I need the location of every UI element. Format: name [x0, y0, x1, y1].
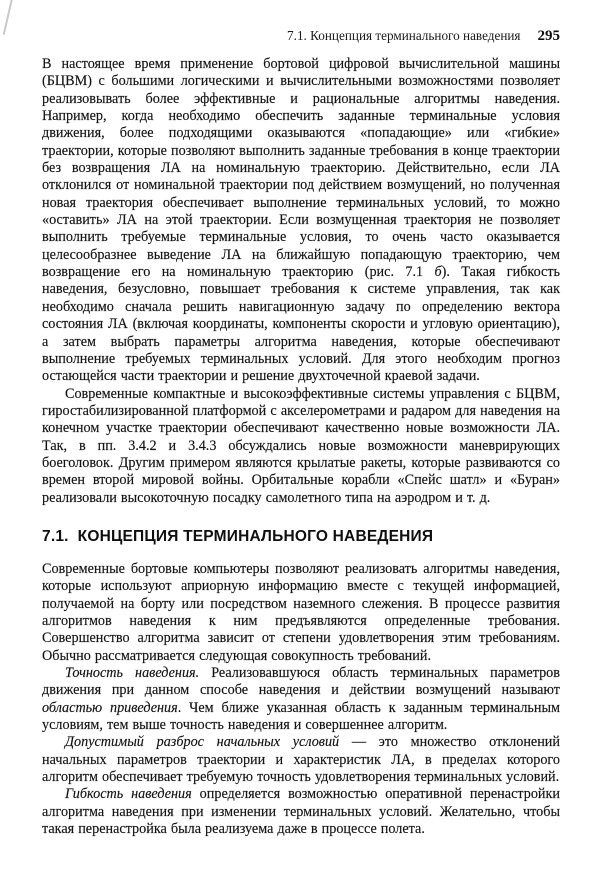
paragraph-intro: В настоящее время применение бортовой ци…	[42, 56, 560, 386]
term-emphasis: областью приведения	[42, 700, 178, 716]
figure-reference-label: б	[435, 264, 442, 280]
section-number: 7.1.	[42, 528, 69, 545]
paragraph-guidance-flexibility: Гибкость наведения определяется возможно…	[42, 786, 560, 838]
paragraph-initial-conditions: Допустимый разброс начальных условий — э…	[42, 734, 560, 786]
paragraph-guidance-accuracy: Точность наведения. Реализовавшуюся обла…	[42, 665, 560, 734]
section-heading: 7.1.КОНЦЕПЦИЯ ТЕРМИНАЛЬНОГО НАВЕДЕНИЯ	[42, 528, 560, 546]
page-number: 295	[538, 28, 561, 44]
paragraph-intro-text-cont: ). Такая гибкость наведения, безусловно,…	[42, 264, 560, 384]
paragraph-onboard-computers: Современные бортовые компьютеры позволяю…	[42, 561, 560, 665]
term-flexibility-lead: Гибкость наведения	[65, 786, 192, 802]
running-head: 7.1. Концепция терминального наведения 2…	[42, 27, 560, 45]
running-title: 7.1. Концепция терминального наведения	[287, 28, 520, 43]
book-page: 7.1. Концепция терминального наведения 2…	[0, 0, 600, 889]
scan-edge-artifact	[3, 0, 13, 35]
term-accuracy-lead: Точность наведения.	[65, 665, 199, 681]
term-spread-lead: Допустимый разброс начальных условий	[65, 734, 339, 750]
paragraph-modern-systems: Современные компактные и высокоэффективн…	[42, 386, 560, 507]
text-column: В настоящее время применение бортовой ци…	[42, 56, 560, 838]
paragraph-intro-text: В настоящее время применение бортовой ци…	[42, 56, 560, 280]
section-title: КОНЦЕПЦИЯ ТЕРМИНАЛЬНОГО НАВЕДЕНИЯ	[78, 528, 434, 545]
